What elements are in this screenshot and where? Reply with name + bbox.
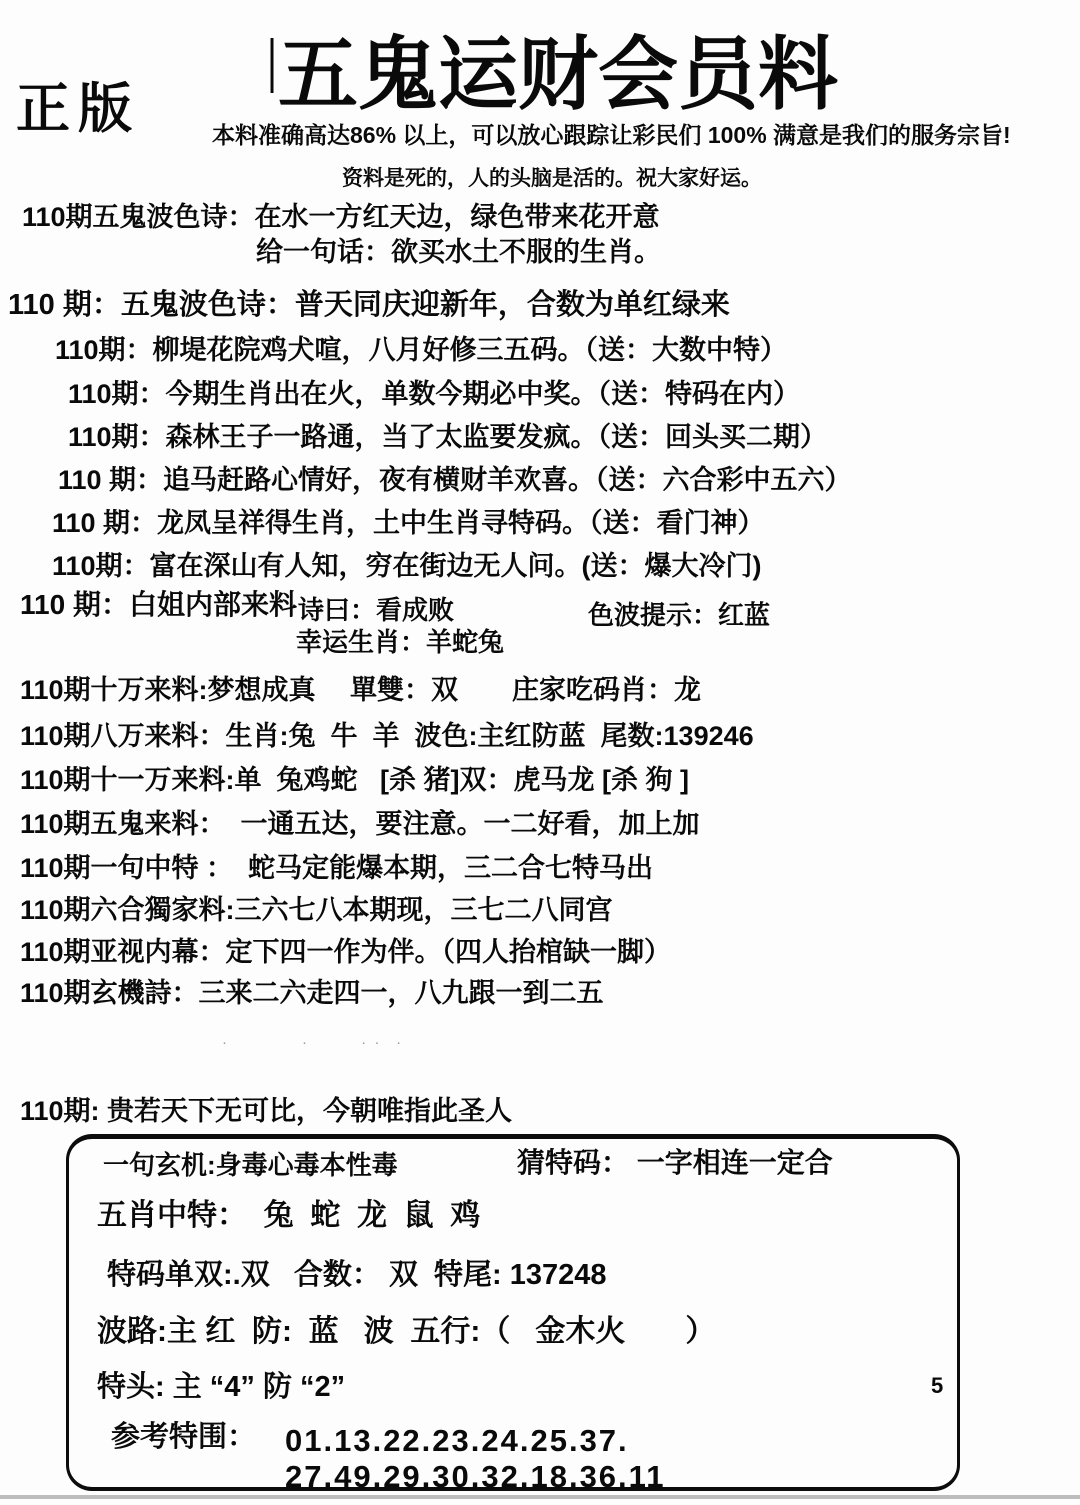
poem-line: 110期：今期生肖出在火，单数今期必中奖。（送：特码在内）	[68, 379, 800, 410]
page-title: |五鬼运财会员料	[266, 26, 838, 122]
poem-line: 110 期：追马赶路心情好，夜有横财羊欢喜。（送：六合彩中五六）	[58, 465, 852, 496]
poem-line: 110期：森林王子一路通，当了太监要发疯。（送：回头买二期）	[68, 422, 827, 453]
reference-numbers-label: 参考特围：	[111, 1421, 256, 1454]
white-sister-info: 110 期：白姐内部来料	[20, 589, 297, 621]
poem-line: 110 期：五鬼波色诗：普天同庆迎新年，合数为单红绿来	[8, 289, 730, 322]
tip-line: 110期亚视内幕：定下四一作为伴。（四人抬棺缺一脚）	[20, 937, 671, 968]
poem-line: 给一句话：欲买水土不服的生肖。	[256, 237, 661, 268]
title-artifact-bar: |	[266, 27, 278, 93]
wave-path: 波路:主 红 防: 蓝 波 五行:（ 金木火 ）	[97, 1315, 715, 1350]
scan-artifact-strip	[0, 1495, 1080, 1499]
lucky-zodiac: 幸运生肖：羊蛇兔	[296, 628, 504, 658]
poem-says: 诗曰：看成败	[298, 596, 454, 626]
final-poem-line: 110期: 贵若天下无可比，今朝唯指此圣人	[20, 1096, 512, 1127]
special-head: 特头: 主 “4” 防 “2”	[97, 1371, 345, 1404]
special-code-parity: 特码单双:.双 合数： 双 特尾: 137248	[107, 1259, 607, 1292]
poem-line: 110期：富在深山有人知，穷在街边无人问。(送：爆大冷门)	[52, 551, 762, 582]
scan-artifact-digit: 5	[931, 1373, 943, 1398]
reference-numbers-line2: 27.49.29.30.32.18.36.11	[285, 1459, 665, 1495]
tip-line: 110期六合獨家料:三六七八本期现，三七二八同宫	[20, 895, 613, 926]
poem-line: 110 期：龙凤呈祥得生肖，土中生肖寻特码。（送：看门神）	[52, 508, 765, 539]
accuracy-slogan: 本料准确高达86% 以上，可以放心跟踪让彩民们 100% 满意是我们的服务宗旨!	[212, 122, 1011, 148]
tip-line: 110期一句中特 ： 蛇马定能爆本期，三二合七特马出	[20, 853, 653, 884]
tip-line: 110期八万来料：生肖:兔 牛 羊 波色:主红防蓝 尾数:139246	[20, 721, 754, 752]
five-zodiac-special: 五肖中特： 兔 蛇 龙 鼠 鸡	[97, 1199, 480, 1234]
prediction-box: 一句玄机:身毒心毒本性毒 猜特码： 一字相连一定合 五肖中特： 兔 蛇 龙 鼠 …	[66, 1134, 960, 1491]
guess-special-code: 猜特码： 一字相连一定合	[517, 1147, 833, 1179]
mystery-phrase: 一句玄机:身毒心毒本性毒	[103, 1151, 398, 1181]
page-title-text: 五鬼运财会员料	[278, 32, 838, 120]
tip-line: 110期十万来料:梦想成真 單雙：双 庄家吃码肖：龙	[20, 675, 701, 706]
tip-line: 110期五鬼来料： 一通五达，要注意。一二好看，加上加	[20, 809, 700, 840]
poem-line: 110期：柳堤花院鸡犬喧，八月好修三五码。（送：大数中特）	[55, 335, 787, 366]
edition-label: 正版	[16, 78, 140, 140]
good-luck-slogan: 资料是死的，人的头脑是活的。祝大家好运。	[342, 167, 762, 191]
color-wave-hint: 色波提示：红蓝	[588, 601, 770, 631]
reference-numbers-line1: 01.13.22.23.24.25.37.	[285, 1423, 629, 1459]
tip-line: 110期玄機詩：三来二六走四一，八九跟一到二五	[20, 978, 604, 1009]
lottery-tip-sheet: 正版 |五鬼运财会员料 本料准确高达86% 以上，可以放心跟踪让彩民们 100%…	[0, 0, 1080, 1505]
scan-artifact-dots: · · · · ·	[222, 1034, 401, 1051]
tip-line: 110期十一万来料:单 兔鸡蛇 [杀 猪]双：虎马龙 [杀 狗 ]	[20, 765, 689, 796]
poem-line: 110期五鬼波色诗：在水一方红天边，绿色带来花开意	[22, 202, 660, 233]
